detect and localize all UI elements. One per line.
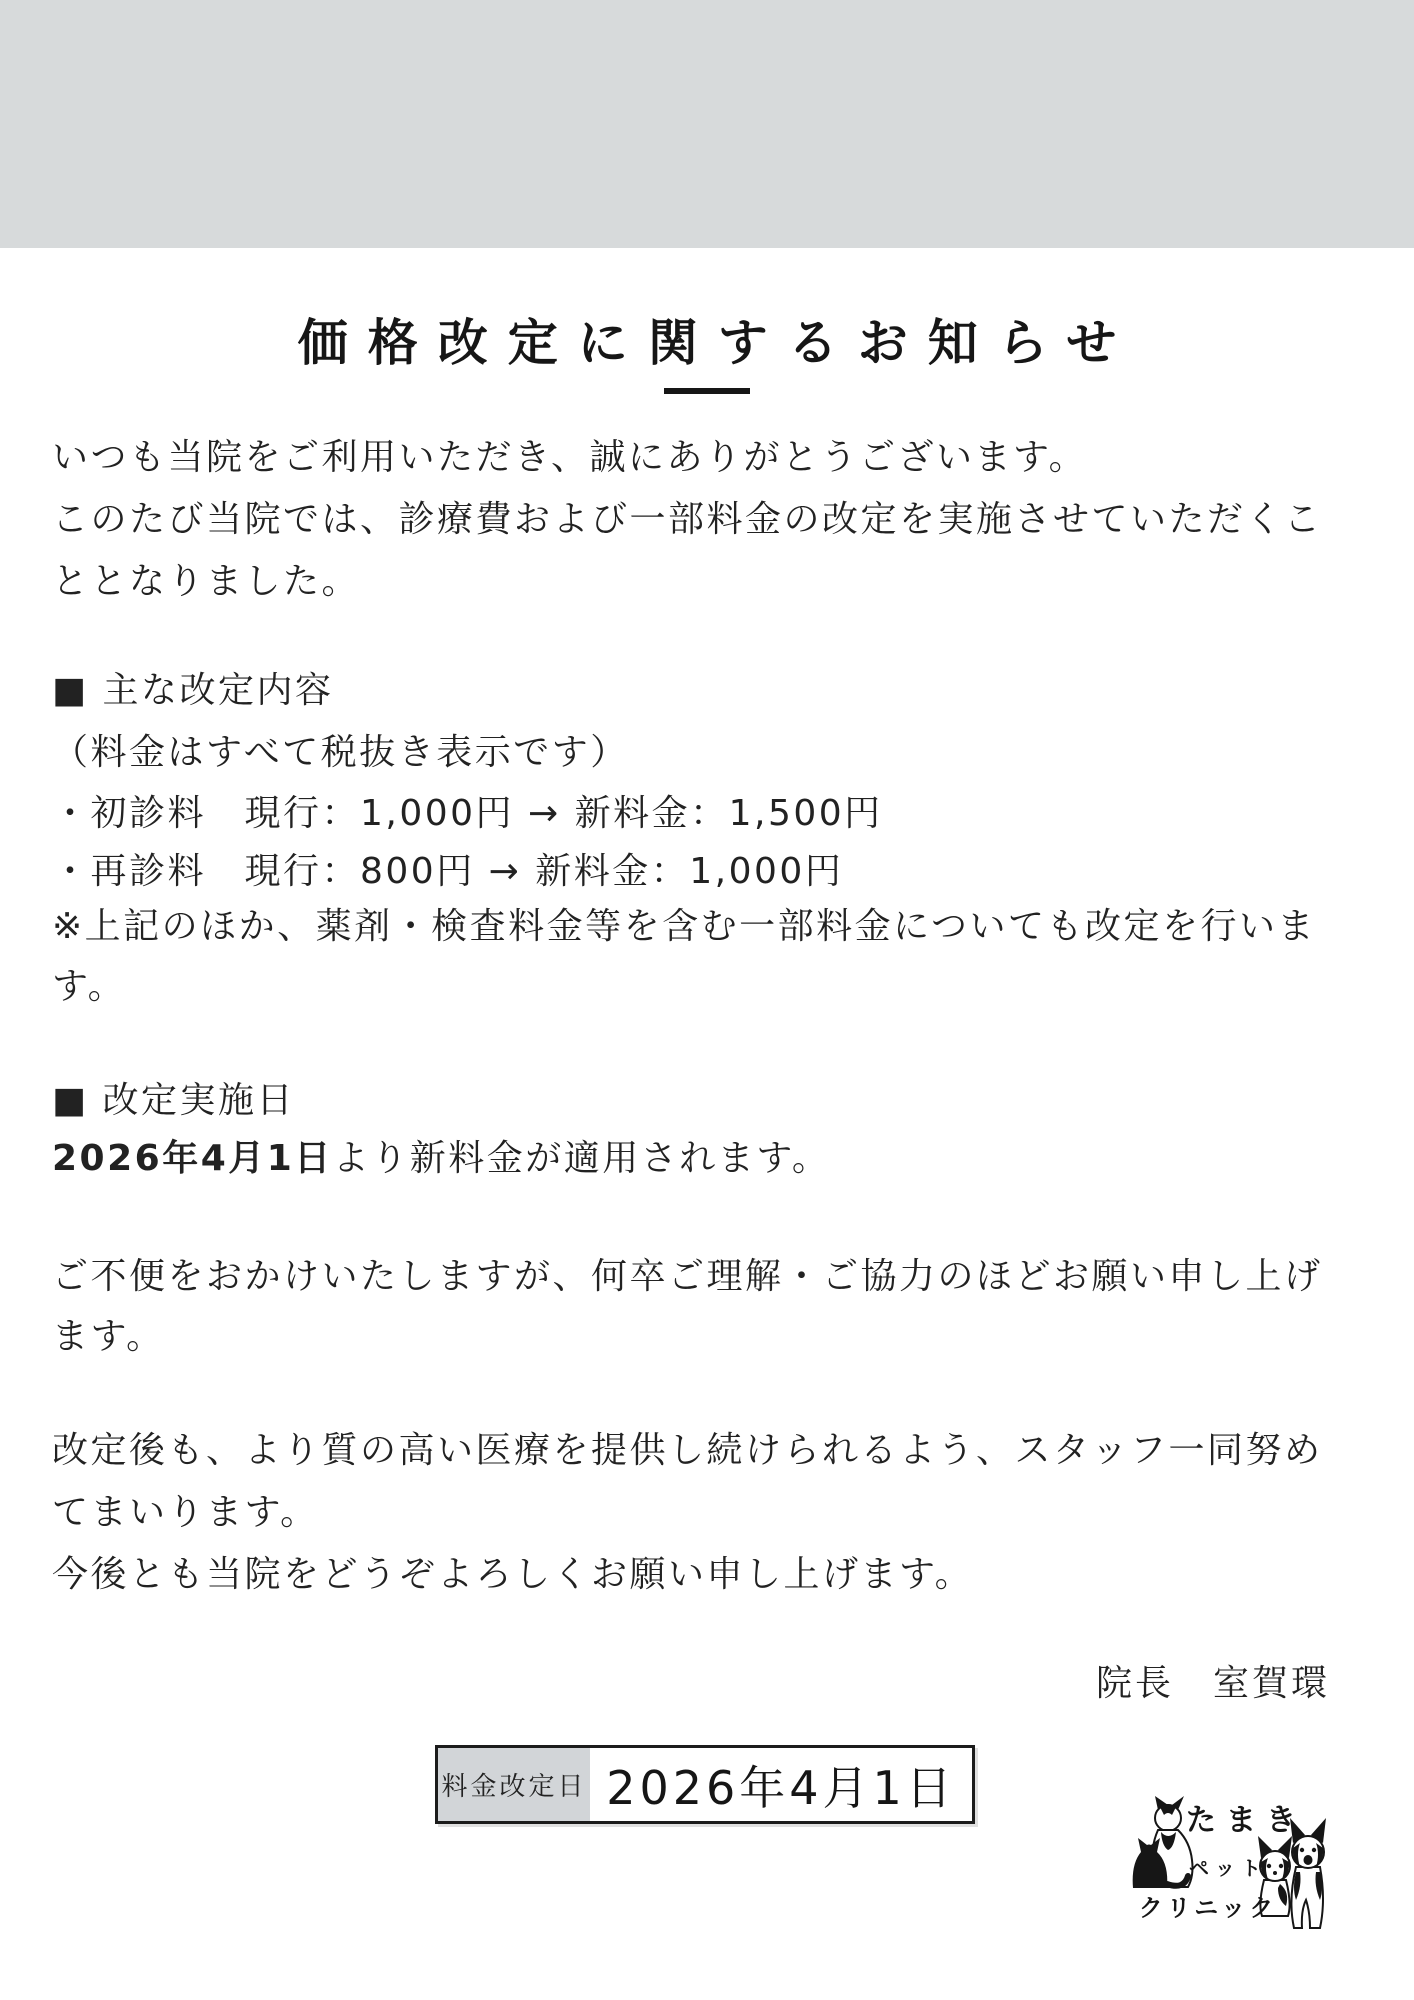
date-box-label: 料金改定日: [438, 1748, 590, 1821]
director-signature: 院長 室賀環: [1096, 1663, 1330, 1704]
title-divider: [664, 388, 750, 394]
greeting-line: いつも当院をご利用いただき、誠にありがとうございます。: [52, 437, 1087, 478]
price-item-first-visit: ・初診料 現行：1,000円 → 新料金：1,500円: [52, 793, 883, 834]
clinic-logo: たまき ペット クリニック: [1128, 1788, 1332, 1938]
apology-line: ご不便をおかけいたしますが、何卒ご理解・ご協力のほどお願い申し上げ: [52, 1256, 1323, 1297]
logo-cats-icon: [1133, 1796, 1193, 1888]
notice-title: 価格改定に関するお知らせ: [0, 316, 1414, 371]
greeting-line: このたび当院では、診療費および一部料金の改定を実施させていただくこ: [52, 499, 1323, 540]
price-item-revisit: ・再診料 現行：800円 → 新料金：1,000円: [52, 851, 843, 892]
logo-text-tamaki: たまき: [1186, 1803, 1306, 1838]
effective-date: 2026年4月1日: [52, 1138, 333, 1179]
date-box-value: 2026年4月1日: [590, 1748, 972, 1821]
effective-date-rest: より新料金が適用されます。: [333, 1138, 831, 1179]
logo-text-pet: ペット: [1189, 1856, 1267, 1880]
tax-note: （料金はすべて税抜き表示です）: [52, 732, 629, 773]
closing-line: 今後とも当院をどうぞよろしくお願い申し上げます。: [52, 1554, 973, 1595]
closing-line: 改定後も、より質の高い医療を提供し続けられるよう、スタッフ一同努め: [52, 1430, 1323, 1471]
effective-date-line: 2026年4月1日より新料金が適用されます。: [52, 1138, 830, 1179]
header-band: [0, 0, 1414, 248]
greeting-line: ととなりました。: [52, 561, 360, 602]
disclaimer-line: す。: [52, 966, 126, 1007]
logo-text-clinic: クリニック: [1139, 1894, 1278, 1922]
section-heading-date: ■ 改定実施日: [52, 1080, 295, 1121]
section-heading-revision: ■ 主な改定内容: [52, 670, 333, 711]
price-revision-date-box: 料金改定日 2026年4月1日: [435, 1745, 975, 1824]
closing-line: てまいります。: [52, 1492, 319, 1533]
disclaimer-line: ※上記のほか、薬剤・検査料金等を含む一部料金についても改定を行いま: [52, 906, 1316, 947]
apology-line: ます。: [52, 1316, 165, 1357]
